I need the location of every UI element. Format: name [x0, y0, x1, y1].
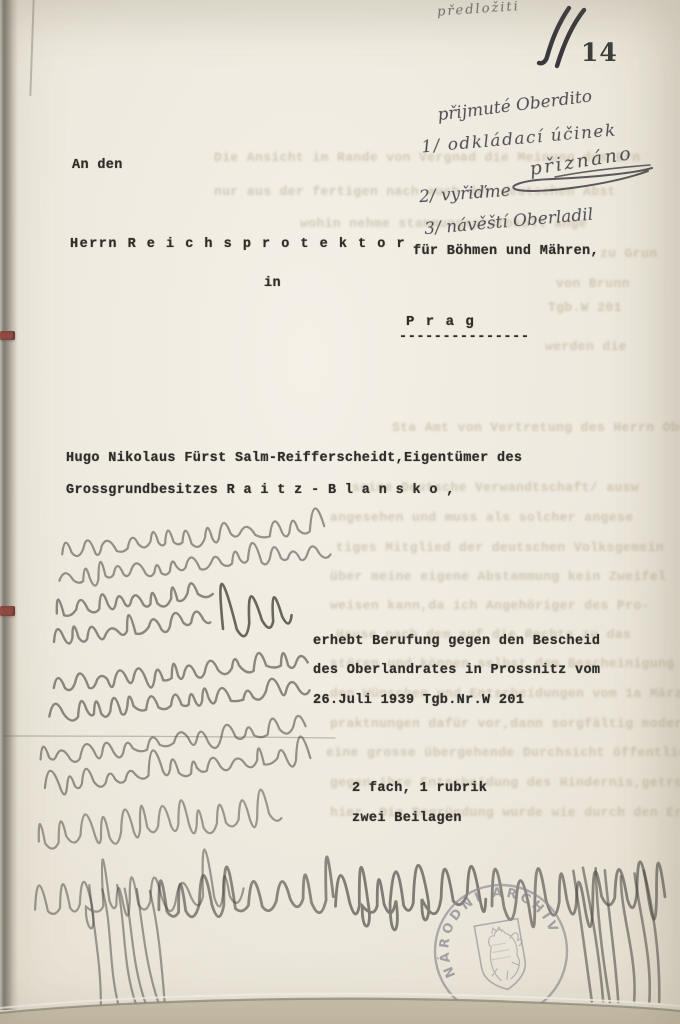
scanner-gap: [0, 999, 680, 1024]
handwritten-scribble: [631, 873, 654, 1001]
bleedthrough-line: weisen kann,da ich Angehöriger des Pro-: [330, 598, 650, 613]
stamped-page-number: 14: [581, 38, 618, 67]
handwritten-scribble: [539, 8, 569, 63]
handwritten-note-1: přijmuté Oberdito: [436, 87, 593, 126]
stamp-bottom-mark: [507, 1002, 513, 1007]
bleedthrough-line: nur aus der fertigen nach auch der deuts…: [214, 184, 616, 199]
handwritten-scribble: [39, 715, 307, 770]
city-underline: ---------------: [399, 330, 530, 346]
handwritten-top-note: předložiti: [437, 0, 521, 20]
handwritten-scribble: [116, 885, 136, 1005]
handwritten-scribble: [84, 885, 106, 1005]
bleedthrough-line: angesehen und muss als solcher angese: [330, 510, 633, 525]
bleedthrough-line: Tgb.W 201: [548, 300, 622, 315]
bleedthrough-line: tiges Mitglied der deutschen Volksgemein: [336, 540, 664, 555]
handwritten-scribble: [48, 675, 310, 723]
salutation: An den: [72, 158, 123, 174]
enclosures-note: zwei Beilagen: [352, 811, 462, 827]
handwritten-scribble: [125, 888, 146, 1005]
handwritten-scribble: [52, 648, 308, 697]
scanned-document-page: Die Ansicht im Rande von Vergnad die Mei…: [0, 0, 680, 1024]
handwritten-scribble: [60, 508, 325, 561]
sender-line-2: Grossgrundbesitzes R a i t z - B l a n s…: [66, 483, 455, 499]
binding-thread-lower: [0, 606, 15, 616]
handwritten-note-5: 3/ návěští Oberladil: [423, 205, 594, 240]
bleedthrough-line: von Brunn: [556, 276, 630, 291]
handwritten-scribble: [591, 868, 615, 1002]
handwritten-scribble: [333, 859, 488, 934]
archive-stamp: NÁRODNÍ ARCHIV: [423, 876, 583, 1024]
appeal-line-3: 26.Juli 1939 Tgb.Nr.W 201: [313, 693, 524, 709]
stamp-title-text: NÁRODNÍ ARCHIV: [426, 876, 566, 981]
stamp-shield: [474, 919, 529, 994]
recipient-title: Herrn R e i c h s p r o t e k t o r: [70, 237, 406, 253]
page-bottom-highlight: [0, 994, 680, 1008]
bleedthrough-line: eine grosse übergehende Durchsicht öffen…: [326, 745, 680, 760]
recipient-city: P r a g: [406, 314, 475, 330]
recipient-in: in: [264, 276, 281, 292]
lion-emblem: [484, 924, 528, 982]
appeal-line-2: des Oberlandrates in Prossnitz vom: [313, 663, 600, 679]
page-bottom-line: [0, 999, 680, 1013]
handwritten-scribble: [31, 846, 246, 933]
handwritten-scribble: [600, 870, 623, 1002]
handwritten-scribble: [557, 10, 584, 66]
handwritten-scribble: [583, 867, 605, 1001]
handwritten-scribble: [215, 573, 293, 640]
binding-thread-upper: [0, 331, 15, 340]
sender-line-1: Hugo Nikolaus Fürst Salm-Reifferscheidt,…: [66, 451, 522, 467]
handwritten-scribble: [573, 871, 592, 1002]
binding-spine-edge: [0, 0, 18, 1010]
handwritten-scribble: [55, 578, 214, 621]
bleedthrough-line: zu Grun: [600, 246, 657, 261]
handwritten-scribble: [489, 857, 666, 933]
appeal-line-1: erhebt Berufung gegen den Bescheid: [313, 634, 600, 650]
handwritten-scribble: [101, 889, 120, 1004]
bleedthrough-line: praktnungen dafür vor,dann sorgfältig mo…: [330, 716, 680, 731]
handwritten-scribble: [36, 788, 282, 852]
handwritten-scribble: [5, 736, 335, 738]
page-corner-crease: [29, 0, 34, 96]
handwritten-note-4: 2/ vyřiďme: [418, 181, 511, 207]
handwritten-scribble: [137, 888, 159, 1004]
handwritten-note-3-underlined: přiznáno: [528, 142, 635, 180]
bleedthrough-line: über meine eigene Abstammung kein Zweife…: [330, 569, 666, 584]
handwritten-scribble: [617, 877, 639, 1002]
handwritten-scribble: [42, 732, 311, 797]
handwritten-scribble: [58, 535, 332, 589]
handwritten-scribble: [149, 890, 168, 1004]
stamp-text-arc: [440, 889, 556, 982]
handwritten-scribble: [52, 604, 211, 648]
handwritten-scribble: [156, 857, 334, 924]
copies-note: 2 fach, 1 rubrik: [352, 781, 487, 797]
bleedthrough-line: werden die: [545, 339, 627, 354]
stamp-outer-ring: [425, 876, 578, 1024]
bleedthrough-line: Sta Amt von Vertretung des Herrn Obe: [392, 420, 680, 435]
recipient-region: für Böhmen und Mähren,: [413, 244, 599, 260]
handwritten-scribble: [641, 870, 665, 1001]
